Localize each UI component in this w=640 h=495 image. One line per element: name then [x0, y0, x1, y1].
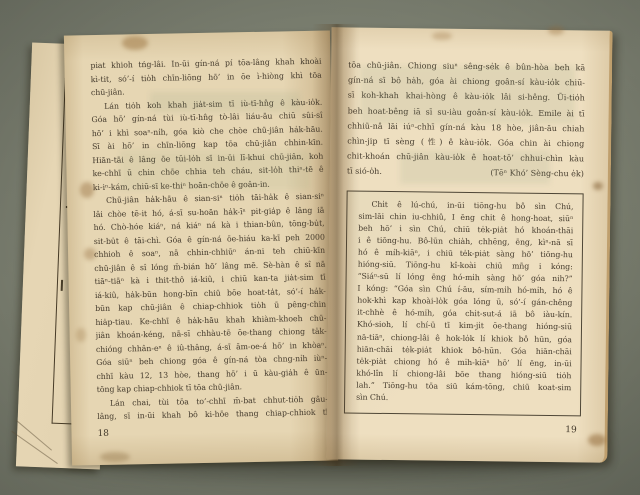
translator-attribution: (Tēⁿ Khó’ Sèng-chu e̍k): [490, 166, 584, 182]
intro-closing-line: tī sió-o̍h. (Tēⁿ Khó’ Sèng-chu e̍k): [347, 164, 584, 182]
left-page-text: piat khioh tńg-lâi. In-ūi gín-ná pí tōa-…: [90, 55, 328, 439]
book-photo: piat khioh tńg-lâi. In-ūi gín-ná pí tōa-…: [0, 0, 640, 495]
paragraph: Chi̍t ê lú-chú, in-ūi tiōng-hu bô sìn Ch…: [356, 198, 573, 406]
left-page: piat khioh tńg-lâi. In-ūi gín-ná pí tōa-…: [64, 30, 338, 465]
paragraph: Lán tio̍h koh khah jia̍t-sim tī iù-tī-hn…: [91, 95, 324, 194]
boxed-story: Chi̍t ê lú-chú, in-ūi tiōng-hu bô sìn Ch…: [344, 190, 584, 416]
right-page: tōa chū-jiân. Chiong siuⁿ sêng-se̍k ê bû…: [326, 27, 612, 462]
paragraph: piat khioh tńg-lâi. In-ūi gín-ná pí tōa-…: [90, 55, 322, 100]
text-line: chit-khoán chū-jiân kàu-io̍k ê hoat-tō’ …: [347, 149, 584, 167]
left-page-number: 18: [97, 424, 328, 438]
paragraph: tōa chū-jiân. Chiong siuⁿ sêng-se̍k ê bû…: [347, 58, 585, 167]
paragraph: Chū-jiân ha̍k-hāu ê sian-siⁿ tio̍h tāi-h…: [93, 190, 328, 397]
left-page-body: piat khioh tńg-lâi. In-ūi gín-ná pí tōa-…: [90, 55, 328, 424]
closing-text: tī sió-o̍h.: [347, 164, 382, 180]
right-page-intro: tōa chū-jiân. Chiong siuⁿ sêng-se̍k ê bû…: [347, 58, 585, 167]
right-page-text: tōa chū-jiân. Chiong siuⁿ sêng-se̍k ê bû…: [344, 58, 586, 436]
right-page-number: 19: [344, 423, 581, 436]
text-line: lah.” Tiōng-hu tōa siū kám-tōng, chiū ko…: [356, 380, 571, 395]
cover-mark: [61, 280, 63, 291]
paragraph: Lán chai, tùi tōa to’-chhī m̄-bat chhut-…: [97, 392, 328, 423]
